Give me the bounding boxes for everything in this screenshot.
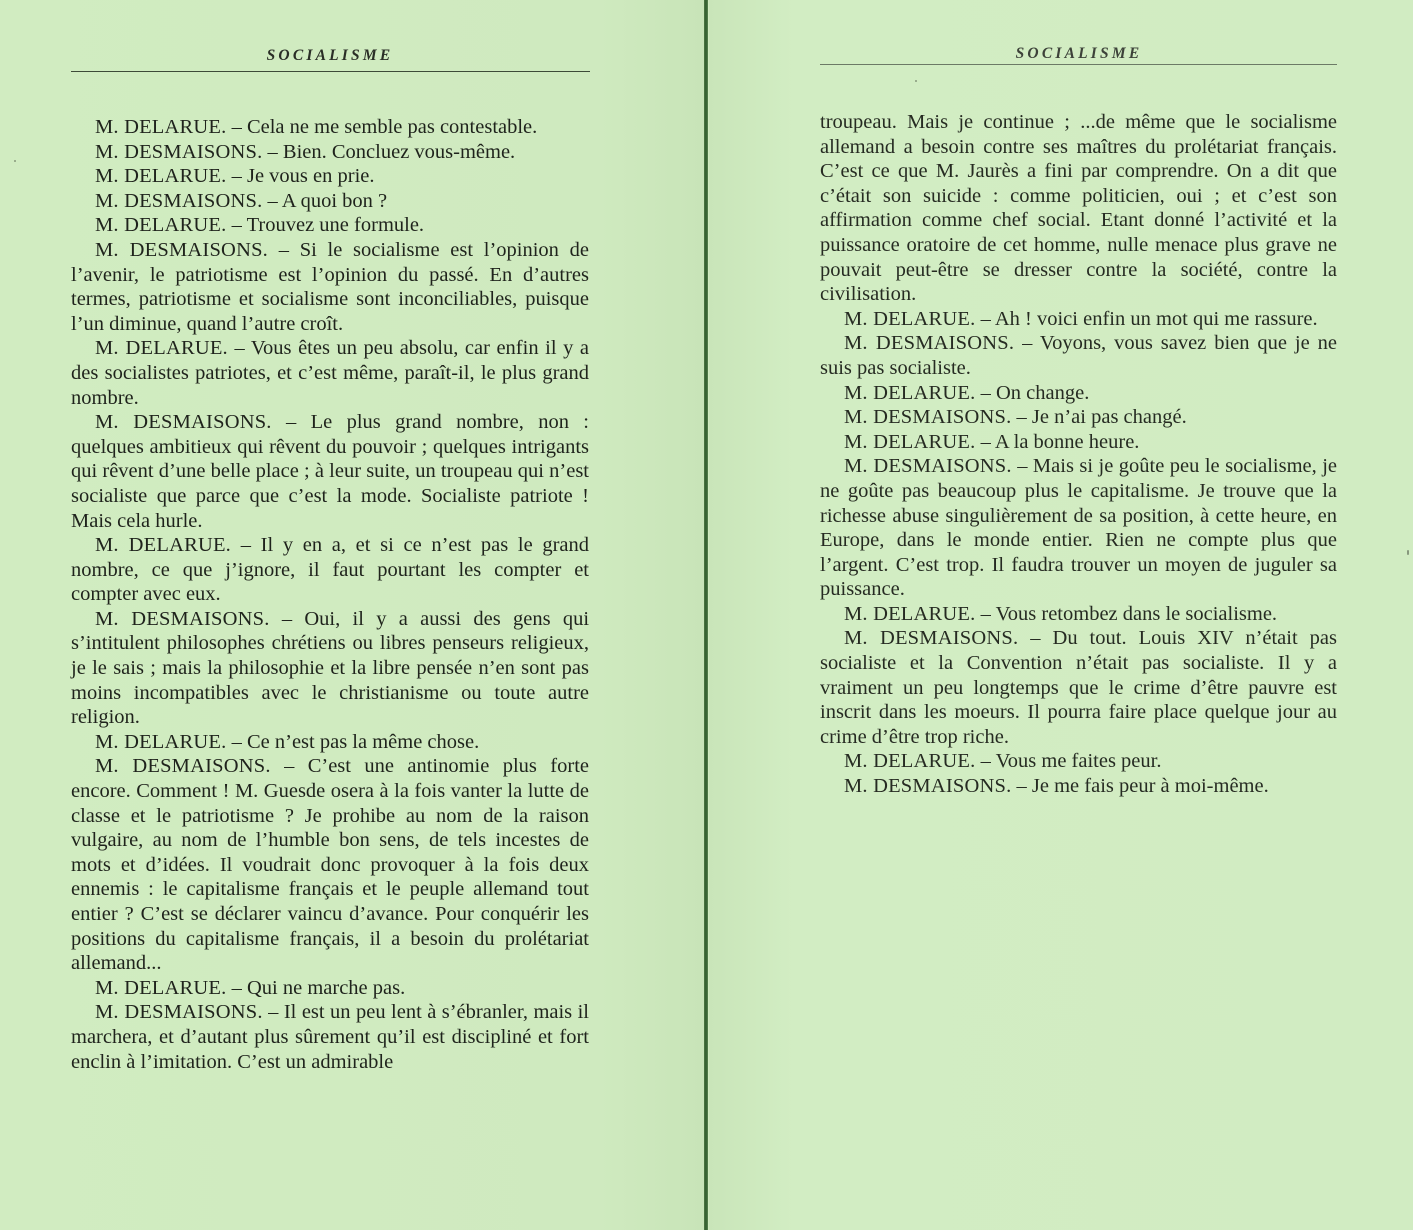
paper-speck	[915, 80, 917, 82]
speaker-name: M. DESMAISONS.	[95, 1001, 263, 1023]
speaker-name: M. DELARUE.	[844, 603, 975, 625]
dash: –	[226, 214, 246, 236]
dash: –	[1012, 455, 1033, 477]
paragraph-text: Ah ! voici enfin un mot qui me rassure.	[995, 308, 1318, 330]
paragraph-text: Je vous en prie.	[247, 165, 375, 187]
header-rule	[71, 71, 590, 72]
dash: –	[228, 337, 251, 359]
speaker-name: M. DELARUE.	[95, 214, 226, 236]
speaker-name: M. DELARUE.	[95, 116, 226, 138]
dash: –	[226, 731, 247, 753]
page-body: M. DELARUE. – Cela ne me semble pas cont…	[71, 115, 589, 1074]
dialogue-paragraph: M. DESMAISONS. – Il est un peu lent à s’…	[71, 1000, 589, 1074]
dash: –	[272, 411, 311, 433]
dialogue-paragraph: M. DELARUE. – Qui ne marche pas.	[71, 976, 589, 1001]
dash: –	[262, 190, 281, 212]
dialogue-paragraph: M. DELARUE. – Trouvez une formule.	[71, 213, 589, 238]
dialogue-paragraph: M. DESMAISONS. – Le plus grand nombre, n…	[71, 410, 589, 533]
dialogue-paragraph: M. DELARUE. – Cela ne me semble pas cont…	[71, 115, 589, 140]
dialogue-paragraph: M. DESMAISONS. – Du tout. Louis XIV n’ét…	[820, 626, 1337, 749]
paragraph-text: Qui ne marche pas.	[247, 977, 405, 999]
dash: –	[226, 165, 247, 187]
running-head: SOCIALISME	[70, 47, 590, 65]
right-page: SOCIALISME troupeau. Mais je continue ; …	[709, 0, 1413, 1230]
paragraph-text: Cela ne me semble pas contestable.	[247, 116, 537, 138]
dash: –	[270, 608, 305, 630]
dialogue-paragraph: M. DELARUE. – Vous me faites peur.	[820, 749, 1337, 774]
speaker-name: M. DESMAISONS.	[844, 627, 1018, 649]
dialogue-paragraph: M. DESMAISONS. – Voyons, vous savez bien…	[820, 331, 1337, 380]
dash: –	[226, 977, 247, 999]
paragraph-text: Ce n’est pas la même chose.	[247, 731, 479, 753]
dialogue-paragraph: M. DESMAISONS. – Je me fais peur à moi-m…	[820, 774, 1337, 799]
dialogue-paragraph: M. DESMAISONS. – Je n’ai pas changé.	[820, 405, 1337, 430]
paragraph-text: On change.	[996, 382, 1089, 404]
dash: –	[226, 116, 247, 138]
dash: –	[1014, 332, 1040, 354]
speaker-name: M. DELARUE.	[95, 977, 226, 999]
speaker-name: M. DESMAISONS.	[95, 190, 262, 212]
paragraph-text: Bien. Concluez vous-même.	[283, 141, 515, 163]
dash: –	[975, 431, 994, 453]
speaker-name: M. DELARUE.	[95, 165, 226, 187]
dash: –	[231, 534, 261, 556]
paragraph-text: Vous me faites peur.	[996, 750, 1162, 772]
dash: –	[268, 239, 300, 261]
page-body: troupeau. Mais je continue ; ...de même …	[820, 110, 1337, 799]
paragraph-text: Vous retombez dans le socialisme.	[996, 603, 1277, 625]
dash: –	[262, 141, 283, 163]
speaker-name: M. DELARUE.	[95, 534, 231, 556]
dash: –	[975, 603, 995, 625]
paper-speck	[1407, 550, 1409, 555]
dash: –	[271, 755, 308, 777]
dialogue-paragraph: M. DESMAISONS. – Si le socialisme est l’…	[71, 238, 589, 336]
dialogue-paragraph: M. DELARUE. – Ah ! voici enfin un mot qu…	[820, 307, 1337, 332]
dash: –	[975, 382, 996, 404]
paragraph-text: A la bonne heure.	[995, 431, 1140, 453]
dialogue-paragraph: M. DELARUE. – Je vous en prie.	[71, 164, 589, 189]
dialogue-paragraph: M. DESMAISONS. – A quoi bon ?	[71, 189, 589, 214]
speaker-name: M. DESMAISONS.	[95, 755, 271, 777]
speaker-name: M. DELARUE.	[844, 308, 975, 330]
dialogue-paragraph: M. DESMAISONS. – Bien. Concluez vous-mêm…	[71, 140, 589, 165]
dialogue-paragraph: M. DESMAISONS. – Oui, il y a aussi des g…	[71, 607, 589, 730]
book-spread: SOCIALISME M. DELARUE. – Cela ne me semb…	[0, 0, 1413, 1230]
speaker-name: M. DELARUE.	[95, 337, 228, 359]
dash: –	[1018, 627, 1052, 649]
paragraph-text: Je me fais peur à moi-même.	[1032, 775, 1269, 797]
running-head: SOCIALISME	[819, 45, 1339, 63]
speaker-name: M. DESMAISONS.	[844, 406, 1011, 428]
paragraph-text: A quoi bon ?	[282, 190, 387, 212]
dash: –	[1011, 406, 1032, 428]
speaker-name: M. DESMAISONS.	[95, 141, 262, 163]
speaker-name: M. DESMAISONS.	[844, 455, 1012, 477]
speaker-name: M. DESMAISONS.	[844, 332, 1014, 354]
dialogue-paragraph: M. DELARUE. – Vous retombez dans le soci…	[820, 602, 1337, 627]
dash: –	[263, 1001, 284, 1023]
speaker-name: M. DELARUE.	[95, 731, 226, 753]
continued-paragraph: troupeau. Mais je continue ; ...de même …	[820, 110, 1337, 307]
paragraph-text: troupeau. Mais je continue ; ...de même …	[820, 111, 1337, 305]
dialogue-paragraph: M. DELARUE. – Vous êtes un peu absolu, c…	[71, 336, 589, 410]
speaker-name: M. DESMAISONS.	[95, 608, 270, 630]
speaker-name: M. DESMAISONS.	[844, 775, 1011, 797]
speaker-name: M. DELARUE.	[844, 750, 975, 772]
dialogue-paragraph: M. DELARUE. – Il y en a, et si ce n’est …	[71, 533, 589, 607]
paper-speck	[14, 160, 16, 162]
dash: –	[975, 750, 995, 772]
header-rule	[820, 64, 1337, 65]
dialogue-paragraph: M. DELARUE. – On change.	[820, 381, 1337, 406]
dash: –	[1011, 775, 1032, 797]
book-spine	[704, 0, 708, 1230]
paragraph-text: Trouvez une formule.	[247, 214, 424, 236]
paragraph-text: Je n’ai pas changé.	[1032, 406, 1187, 428]
left-page: SOCIALISME M. DELARUE. – Cela ne me semb…	[0, 0, 706, 1230]
speaker-name: M. DESMAISONS.	[95, 239, 268, 261]
dash: –	[975, 308, 994, 330]
paragraph-text: C’est une antinomie plus forte encore. C…	[71, 755, 589, 974]
dialogue-paragraph: M. DELARUE. – A la bonne heure.	[820, 430, 1337, 455]
speaker-name: M. DELARUE.	[844, 431, 975, 453]
dialogue-paragraph: M. DELARUE. – Ce n’est pas la même chose…	[71, 730, 589, 755]
dialogue-paragraph: M. DESMAISONS. – C’est une antinomie plu…	[71, 754, 589, 975]
speaker-name: M. DELARUE.	[844, 382, 975, 404]
dialogue-paragraph: M. DESMAISONS. – Mais si je goûte peu le…	[820, 454, 1337, 602]
speaker-name: M. DESMAISONS.	[95, 411, 272, 433]
